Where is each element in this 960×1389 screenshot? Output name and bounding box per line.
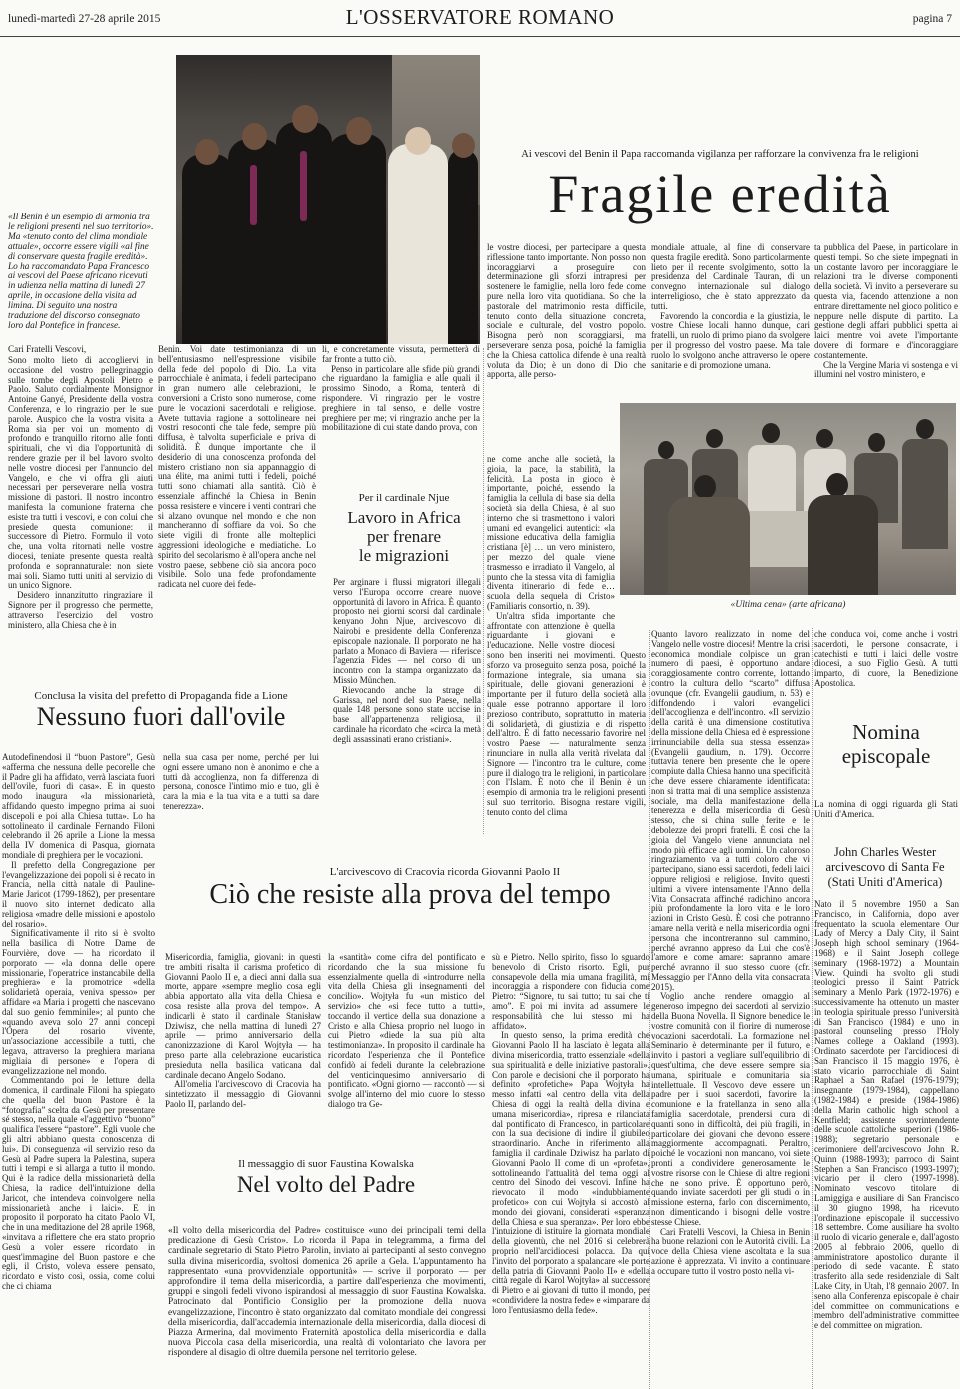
masthead-rule <box>0 36 960 37</box>
masthead-title: L'OSSERVATORE ROMANO <box>0 5 960 30</box>
lead-column-d2: ne come anche alle società, la gioia, la… <box>487 455 615 651</box>
lead-salutation: Cari Fratelli Vescovi, <box>8 344 86 354</box>
column-rule <box>649 630 650 1389</box>
painting-caption: «Ultima cena» (arte africana) <box>620 600 956 610</box>
pope-figure <box>388 144 448 344</box>
painting-figure-head <box>762 423 780 443</box>
cracovia-column-2: la «santità» come cifra del pontificato … <box>328 953 485 1141</box>
photo-figure-head <box>195 139 219 165</box>
lead-column-f2: che conduca voi, come anche i vostri sac… <box>814 630 958 708</box>
pope-figure-head <box>405 127 431 155</box>
faustina-kicker: Il messaggio di suor Faustina Kowalska <box>165 1158 487 1170</box>
painting-figure-head <box>706 429 723 448</box>
njue-kicker: Per il cardinale Njue <box>325 492 483 504</box>
lead-intro: «Il Benin è un esempio di armonia tra le… <box>8 213 154 341</box>
cracovia-headline: Ciò che resiste alla prova del tempo <box>165 879 655 911</box>
ovile-headline: Nessuno fuori dall'ovile <box>0 702 322 732</box>
photo-sash <box>300 151 307 221</box>
nomina-headline: Nomina episcopale <box>814 720 958 768</box>
lead-headline: Fragile eredità <box>480 163 960 225</box>
painting-foreground-figure <box>668 497 750 595</box>
painting-central-figure <box>748 445 796 511</box>
painting-figure-head <box>694 475 716 499</box>
lead-column-d3: sono ben inseriti nei movimenti. Questo … <box>487 651 646 859</box>
last-supper-painting <box>620 403 956 595</box>
photo-figure-head <box>242 123 267 150</box>
painting-figure <box>902 439 948 549</box>
column-rule <box>483 348 484 834</box>
ovile-column-1: Autodefinendosi il “buon Pastore”, Gesù … <box>2 753 155 1387</box>
faustina-headline: Nel volto del Padre <box>165 1172 487 1198</box>
ovile-column-2: nella sua casa per nome, perché per lui … <box>163 753 319 849</box>
painting-foreground-figure <box>808 495 878 595</box>
photo-figure-head <box>292 105 318 133</box>
lead-column-e1: mondiale attuale, al fine di conservare … <box>651 243 810 401</box>
njue-headline: Lavoro in Africaper frenarele migrazioni <box>325 508 483 565</box>
cracovia-column-3: sù e Pietro. Nello spirito, fisso lo sgu… <box>492 953 650 1389</box>
photo-figure <box>182 154 234 344</box>
lead-kicker: Ai vescovi del Benin il Papa raccomanda … <box>480 149 960 160</box>
cracovia-column-1: Misericordia, famiglia, giovani: in ques… <box>165 953 321 1116</box>
column-rule <box>812 628 813 1389</box>
photo-figure-head <box>346 117 372 145</box>
photo-sash <box>250 165 257 225</box>
photo-figure <box>448 149 478 344</box>
nomina-body: Nato il 5 novembre 1950 a San Francisco,… <box>814 900 959 1386</box>
lead-column-c: li, e concretamente vissuta, permetterà … <box>322 345 480 481</box>
painting-figure-head <box>868 433 885 452</box>
cracovia-kicker: L'arcivescovo di Cracovia ricorda Giovan… <box>230 866 660 878</box>
njue-body: Per arginare i flussi migratori illegali… <box>333 578 481 830</box>
nomina-intro: La nomina di oggi riguarda gli Stati Uni… <box>814 800 958 826</box>
nomina-subhead: John Charles Westerarcivescovo di Santa … <box>808 845 960 890</box>
photo-figure <box>328 134 386 344</box>
lead-column-b: Benin. Voi date testimonianza di un bell… <box>158 345 316 684</box>
lead-column-f1: ta pubblica del Paese, in particolare in… <box>814 243 958 401</box>
lead-column-e2: Quanto lavoro realizzato in nome del Van… <box>651 630 810 1389</box>
painting-figure-head <box>658 441 674 459</box>
photo-figure-head <box>452 133 475 158</box>
papal-audience-photo <box>176 55 480 344</box>
faustina-body: «Il volto della misericordia del Padre» … <box>168 1226 486 1386</box>
newspaper-page: lunedì-martedì 27-28 aprile 2015 L'OSSER… <box>0 0 960 1389</box>
lead-column-a: Sono molto lieto di accogliervi in occas… <box>8 356 153 684</box>
masthead-page-number: pagina 7 <box>913 13 952 25</box>
painting-figure-head <box>826 473 848 497</box>
painting-figure-head <box>916 419 934 439</box>
painting-figure-head <box>816 429 833 448</box>
ovile-kicker: Conclusa la visita del prefetto di Propa… <box>0 690 322 702</box>
